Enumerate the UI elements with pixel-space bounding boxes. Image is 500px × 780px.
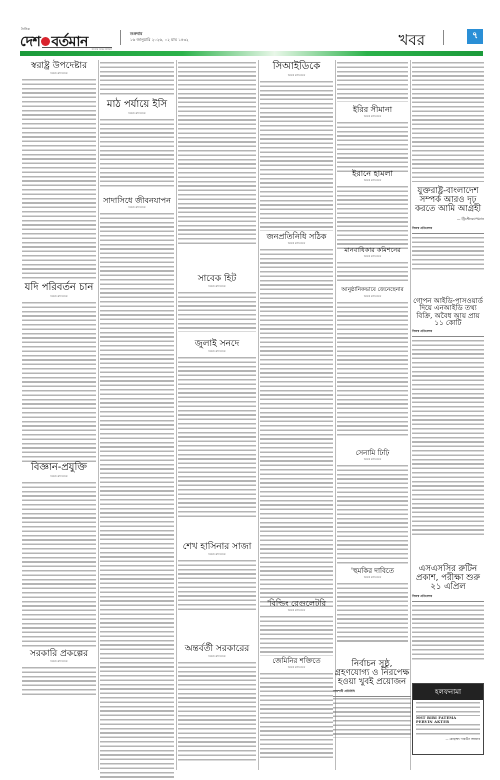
affidavit-notice[interactable]: হলফনামা MST BIBI FATEMA PERVIN AKTER — ম… [412, 683, 484, 755]
byline: নিজস্ব প্রতিবেদক [178, 285, 256, 290]
article-a18[interactable]: আনুষ্ঠানিকভাবে জেনেছেনার নিজস্ব প্রতিবেদ… [337, 288, 408, 437]
article-body [260, 249, 333, 609]
headline: অন্তর্বর্তী সরকারের [178, 645, 256, 654]
headline: শেখ হাসিনার সাজা [178, 543, 256, 552]
article-a12[interactable]: অন্তর্বর্তী সরকারের নিজস্ব প্রতিবেদক [178, 645, 256, 762]
article-body [337, 186, 408, 251]
headline: যুক্তরাষ্ট্র-বাংলাদেশ সম্পর্ক আরও দৃঢ় ক… [412, 187, 484, 214]
date: ১৬ জানুয়ারি ২০২৬, ০২ মাঘ ১৪৩২ [130, 37, 189, 43]
divider [120, 30, 121, 45]
byline: রাজশাহী প্রতিনিধি [333, 689, 411, 695]
article-body [178, 292, 256, 332]
article-body-continued [412, 62, 484, 182]
byline: নিজস্ব প্রতিবেদক [412, 226, 484, 234]
article-a23[interactable]: গোপন আইডি-পাসওয়ার্ড দিয়ে এনআইডি তথ্য ব… [412, 298, 484, 535]
article-a15[interactable]: ইরির সীমানা নিজস্ব প্রতিবেদক [337, 106, 408, 172]
article-body [178, 357, 256, 517]
notice-body [416, 724, 480, 737]
headline: জেমিনির শক্তিতে [260, 658, 333, 665]
header-rule [20, 51, 483, 56]
article-body [337, 465, 408, 565]
headline: ইরানে হামলা [337, 170, 408, 178]
article-a21[interactable]: নির্বাচন সুষ্ঠু, গ্রহণযোগ্য ও নিরপেক্ষ হ… [333, 660, 411, 738]
article-a6[interactable]: সরকারি প্রকল্পের নিজস্ব প্রতিবেদক [22, 650, 96, 695]
article-body [178, 560, 256, 610]
article-a19[interactable]: সেনামি ঢিঢ়ি নিজস্ব প্রতিবেদক [337, 450, 408, 565]
article-body-continued [100, 62, 174, 97]
byline: নিজস্ব প্রতিবেদক [260, 74, 333, 79]
column-divider [176, 60, 177, 770]
headline: 'বিল্ডিং রেগুলেটরি [260, 600, 333, 608]
article-body [412, 340, 484, 535]
article-a17[interactable]: মানবাধিকার কমিশনের নিজস্ব প্রতিবেদক [337, 247, 408, 284]
article-a2[interactable]: মাঠ পর্যায়ে ইসি নিজস্ব প্রতিবেদক [100, 100, 174, 189]
headline: মাঠ পর্যায়ে ইসি [100, 100, 174, 111]
page-number-badge: ৭ [467, 29, 483, 44]
article-body [260, 81, 333, 231]
article-body [337, 583, 408, 643]
byline: নিজস্ব প্রতিবেদক [178, 553, 256, 558]
article-a22[interactable]: যুক্তরাষ্ট্র-বাংলাদেশ সম্পর্ক আরও দৃঢ় ক… [412, 187, 484, 272]
article-body [337, 302, 408, 437]
headline: বিজ্ঞান-প্রযুক্তি [22, 463, 96, 474]
byline: নিজস্ব প্রতিবেদক [337, 458, 408, 463]
logo-dot-icon [41, 37, 50, 46]
article-body [22, 302, 96, 462]
divider [443, 30, 444, 45]
byline: নিজস্ব প্রতিবেদক [100, 206, 174, 211]
headline: সাদাসিধে জীবনযাপন [100, 197, 174, 205]
headline: যদি পরিবর্তন চান [22, 283, 96, 294]
article-a8[interactable]: সাবেক হিট নিজস্ব প্রতিবেদক [178, 275, 256, 332]
article-a11[interactable]: শেখ হাসিনার সাজা নিজস্ব প্রতিবেদক [178, 543, 256, 610]
headline: জুলাই সনদে [178, 340, 256, 349]
article-a9[interactable]: জুলাই সনদে নিজস্ব প্রতিবেদক [178, 340, 256, 517]
byline: নিজস্ব প্রতিবেদক [412, 329, 484, 337]
headline: 'হুমকির দাবিতে [337, 568, 408, 575]
article-body [178, 662, 256, 762]
article-body [412, 237, 484, 272]
byline: নিজস্ব প্রতিবেদক [100, 112, 174, 117]
column-divider [98, 60, 99, 770]
headline: জনপ্রতিনিধি সঠিক [260, 233, 333, 241]
headline: সেনামি ঢিঢ়ি [337, 450, 408, 457]
divider [333, 696, 411, 697]
byline: নিজস্ব প্রতিবেদক [178, 350, 256, 355]
headline: এসএসসির রুটিন প্রকাশ, পরীক্ষা শুরু ২১ এপ… [412, 565, 484, 592]
masthead: দৈনিক দেশবর্তমান সত্যের পক্ষে অবিচল শুক্… [20, 27, 483, 51]
article-body [333, 698, 411, 738]
article-body [260, 616, 333, 656]
article-a3[interactable]: সাদাসিধে জীবনযাপন নিজস্ব প্রতিবেদক [100, 197, 174, 778]
article-body [100, 119, 174, 189]
article-a13[interactable]: 'বিল্ডিং রেগুলেটরি নিজস্ব প্রতিবেদক [260, 600, 333, 656]
article-a16[interactable]: ইরানে হামলা নিজস্ব প্রতিবেদক [337, 170, 408, 251]
byline: নিজস্ব প্রতিবেদক [22, 475, 96, 480]
headline: সিআইডিকে [260, 62, 333, 73]
article-body [22, 482, 96, 647]
byline: নিজস্ব প্রতিবেদক [337, 295, 408, 300]
headline: সরকারি প্রকল্পের [22, 650, 96, 659]
byline: নিজস্ব প্রতিবেদক [178, 655, 256, 660]
article-body [412, 605, 484, 660]
byline: নিজস্ব প্রতিবেদক [412, 594, 484, 602]
byline: নিজস্ব প্রতিবেদক [337, 576, 408, 581]
article-body [22, 79, 96, 279]
notice-title: হলফনামা [413, 684, 483, 700]
headline: মানবাধিকার কমিশনের [337, 247, 408, 254]
article-body-continued [178, 62, 256, 247]
article-a24[interactable]: এসএসসির রুটিন প্রকাশ, পরীক্ষা শুরু ২১ এপ… [412, 565, 484, 660]
attribution: — ট্রিস্টেনচ্যাপম্যান [412, 217, 484, 223]
article-a5[interactable]: বিজ্ঞান-প্রযুক্তি নিজস্ব প্রতিবেদক [22, 463, 96, 647]
headline: গোপন আইডি-পাসওয়ার্ড দিয়ে এনআইডি তথ্য ব… [412, 298, 484, 327]
headline: ইরির সীমানা [337, 106, 408, 114]
article-a20[interactable]: 'হুমকির দাবিতে নিজস্ব প্রতিবেদক [337, 568, 408, 643]
article-a4[interactable]: যদি পরিবর্তন চান নিজস্ব প্রতিবেদক [22, 283, 96, 462]
article-body [337, 122, 408, 172]
article-body [22, 667, 96, 695]
byline: নিজস্ব প্রতিবেদক [260, 666, 333, 671]
headline: স্বরাষ্ট্র উপদেষ্টার [22, 62, 96, 71]
article-body-continued [337, 62, 408, 102]
article-body [260, 673, 333, 758]
article-body [100, 213, 174, 778]
headline: সাবেক হিট [178, 275, 256, 284]
byline: নিজস্ব প্রতিবেদক [337, 179, 408, 184]
article-a10[interactable]: জনপ্রতিনিধি সঠিক নিজস্ব প্রতিবেদক [260, 233, 333, 609]
notice-body [416, 702, 480, 716]
headline: আনুষ্ঠানিকভাবে জেনেছেনার [337, 288, 408, 294]
byline: নিজস্ব প্রতিবেদক [22, 72, 96, 77]
article-body [337, 262, 408, 284]
notice-signature: — মোছাম্মৎ পারভীন আক্তার [416, 737, 480, 743]
article-a7[interactable]: সিআইডিকে নিজস্ব প্রতিবেদক [260, 62, 333, 231]
byline: নিজস্ব প্রতিবেদক [337, 115, 408, 120]
column-divider [258, 60, 259, 770]
article-a14[interactable]: জেমিনির শক্তিতে নিজস্ব প্রতিবেদক [260, 658, 333, 758]
date-block: শুক্রবার ১৬ জানুয়ারি ২০২৬, ০২ মাঘ ১৪৩২ [130, 31, 189, 43]
byline: নিজস্ব প্রতিবেদক [337, 255, 408, 260]
newspaper-logo[interactable]: দৈনিক দেশবর্তমান সত্যের পক্ষে অবিচল [20, 27, 115, 51]
article-a1[interactable]: স্বরাষ্ট্র উপদেষ্টার নিজস্ব প্রতিবেদক [22, 62, 96, 279]
byline: নিজস্ব প্রতিবেদক [22, 295, 96, 300]
byline: নিজস্ব প্রতিবেদক [260, 242, 333, 247]
byline: নিজস্ব প্রতিবেদক [22, 660, 96, 665]
headline: নির্বাচন সুষ্ঠু, গ্রহণযোগ্য ও নিরপেক্ষ হ… [333, 660, 411, 687]
byline: নিজস্ব প্রতিবেদক [260, 609, 333, 614]
